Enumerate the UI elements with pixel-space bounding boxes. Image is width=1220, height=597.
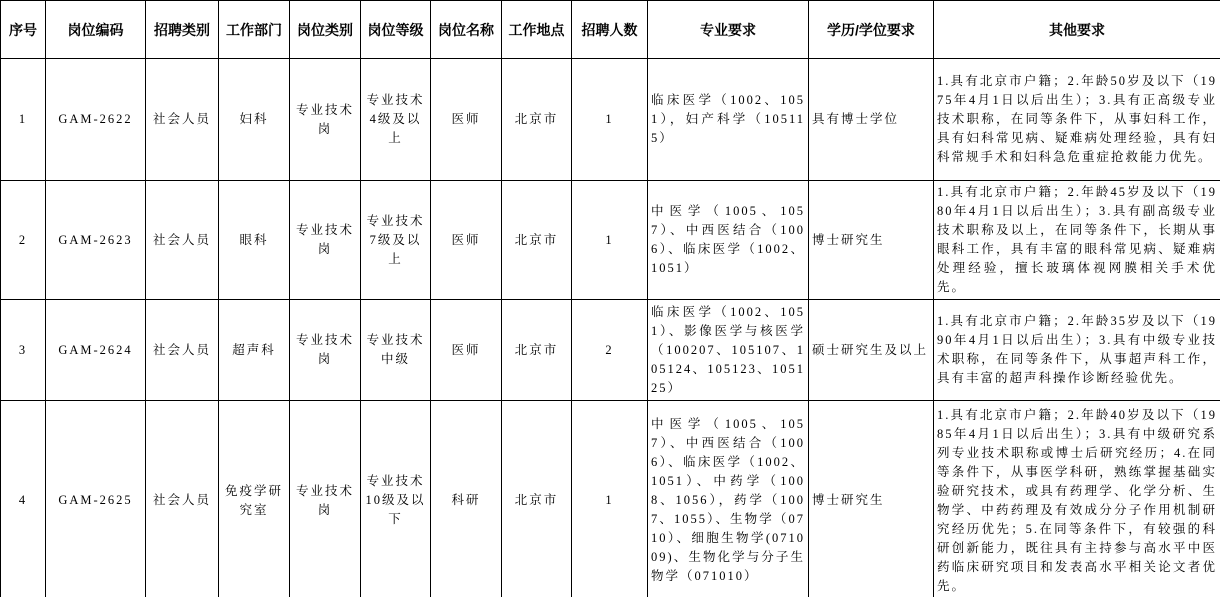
cell-seq: 1: [1, 59, 46, 181]
cell-major-requirement: 临床医学（1002、1051），妇产科学（105115）: [648, 59, 809, 181]
recruitment-table-page: 序号 岗位编码 招聘类别 工作部门 岗位类别 岗位等级 岗位名称 工作地点 招聘…: [0, 0, 1220, 597]
cell-post-level: 专业技术7级及以上: [361, 181, 431, 300]
cell-degree-requirement: 硕士研究生及以上: [809, 300, 934, 401]
cell-post-level: 专业技术4级及以上: [361, 59, 431, 181]
cell-post-name: 医师: [431, 59, 502, 181]
cell-major-requirement: 中医学（1005、1057）、中西医结合（1006）、临床医学（1002、105…: [648, 401, 809, 597]
cell-post-level: 专业技术中级: [361, 300, 431, 401]
cell-degree-requirement: 具有博士学位: [809, 59, 934, 181]
cell-degree-requirement: 博士研究生: [809, 181, 934, 300]
cell-degree-requirement: 博士研究生: [809, 401, 934, 597]
cell-category: 社会人员: [146, 59, 219, 181]
table-row: 3 GAM-2624 社会人员 超声科 专业技术岗 专业技术中级 医师 北京市 …: [1, 300, 1220, 401]
column-header-degree-requirement: 学历/学位要求: [809, 1, 934, 59]
column-header-post-level: 岗位等级: [361, 1, 431, 59]
cell-headcount: 2: [572, 300, 648, 401]
cell-department: 妇科: [219, 59, 290, 181]
column-header-seq: 序号: [1, 1, 46, 59]
cell-other-requirement: 1.具有北京市户籍；2.年龄35岁及以下（1990年4月1日以后出生）；3.具有…: [934, 300, 1220, 401]
cell-other-requirement: 1.具有北京市户籍；2.年龄50岁及以下（1975年4月1日以后出生）；3.具有…: [934, 59, 1220, 181]
table-row: 2 GAM-2623 社会人员 眼科 专业技术岗 专业技术7级及以上 医师 北京…: [1, 181, 1220, 300]
cell-code: GAM-2624: [46, 300, 146, 401]
cell-location: 北京市: [502, 59, 572, 181]
cell-seq: 3: [1, 300, 46, 401]
cell-seq: 2: [1, 181, 46, 300]
cell-code: GAM-2623: [46, 181, 146, 300]
cell-location: 北京市: [502, 181, 572, 300]
cell-other-requirement: 1.具有北京市户籍；2.年龄45岁及以下（1980年4月1日以后出生）；3.具有…: [934, 181, 1220, 300]
cell-department: 超声科: [219, 300, 290, 401]
column-header-department: 工作部门: [219, 1, 290, 59]
cell-department: 免疫学研究室: [219, 401, 290, 597]
cell-major-requirement: 临床医学（1002、1051）、影像医学与核医学（100207、105107、1…: [648, 300, 809, 401]
cell-headcount: 1: [572, 59, 648, 181]
cell-category: 社会人员: [146, 300, 219, 401]
cell-headcount: 1: [572, 181, 648, 300]
cell-post-name: 医师: [431, 181, 502, 300]
cell-post-type: 专业技术岗: [290, 401, 361, 597]
cell-location: 北京市: [502, 300, 572, 401]
column-header-code: 岗位编码: [46, 1, 146, 59]
column-header-location: 工作地点: [502, 1, 572, 59]
cell-category: 社会人员: [146, 401, 219, 597]
cell-post-type: 专业技术岗: [290, 181, 361, 300]
cell-department: 眼科: [219, 181, 290, 300]
column-header-category: 招聘类别: [146, 1, 219, 59]
column-header-major-requirement: 专业要求: [648, 1, 809, 59]
cell-code: GAM-2622: [46, 59, 146, 181]
cell-location: 北京市: [502, 401, 572, 597]
cell-post-type: 专业技术岗: [290, 300, 361, 401]
table-row: 1 GAM-2622 社会人员 妇科 专业技术岗 专业技术4级及以上 医师 北京…: [1, 59, 1220, 181]
recruitment-table: 序号 岗位编码 招聘类别 工作部门 岗位类别 岗位等级 岗位名称 工作地点 招聘…: [0, 0, 1220, 597]
cell-post-level: 专业技术10级及以下: [361, 401, 431, 597]
cell-seq: 4: [1, 401, 46, 597]
table-row: 4 GAM-2625 社会人员 免疫学研究室 专业技术岗 专业技术10级及以下 …: [1, 401, 1220, 597]
cell-post-name: 科研: [431, 401, 502, 597]
cell-code: GAM-2625: [46, 401, 146, 597]
cell-post-name: 医师: [431, 300, 502, 401]
header-row: 序号 岗位编码 招聘类别 工作部门 岗位类别 岗位等级 岗位名称 工作地点 招聘…: [1, 1, 1220, 59]
column-header-other-requirement: 其他要求: [934, 1, 1220, 59]
column-header-post-name: 岗位名称: [431, 1, 502, 59]
cell-headcount: 1: [572, 401, 648, 597]
cell-major-requirement: 中医学（1005、1057）、中西医结合（1006）、临床医学（1002、105…: [648, 181, 809, 300]
cell-category: 社会人员: [146, 181, 219, 300]
column-header-post-type: 岗位类别: [290, 1, 361, 59]
cell-other-requirement: 1.具有北京市户籍；2.年龄40岁及以下（1985年4月1日以后出生）；3.具有…: [934, 401, 1220, 597]
cell-post-type: 专业技术岗: [290, 59, 361, 181]
column-header-headcount: 招聘人数: [572, 1, 648, 59]
